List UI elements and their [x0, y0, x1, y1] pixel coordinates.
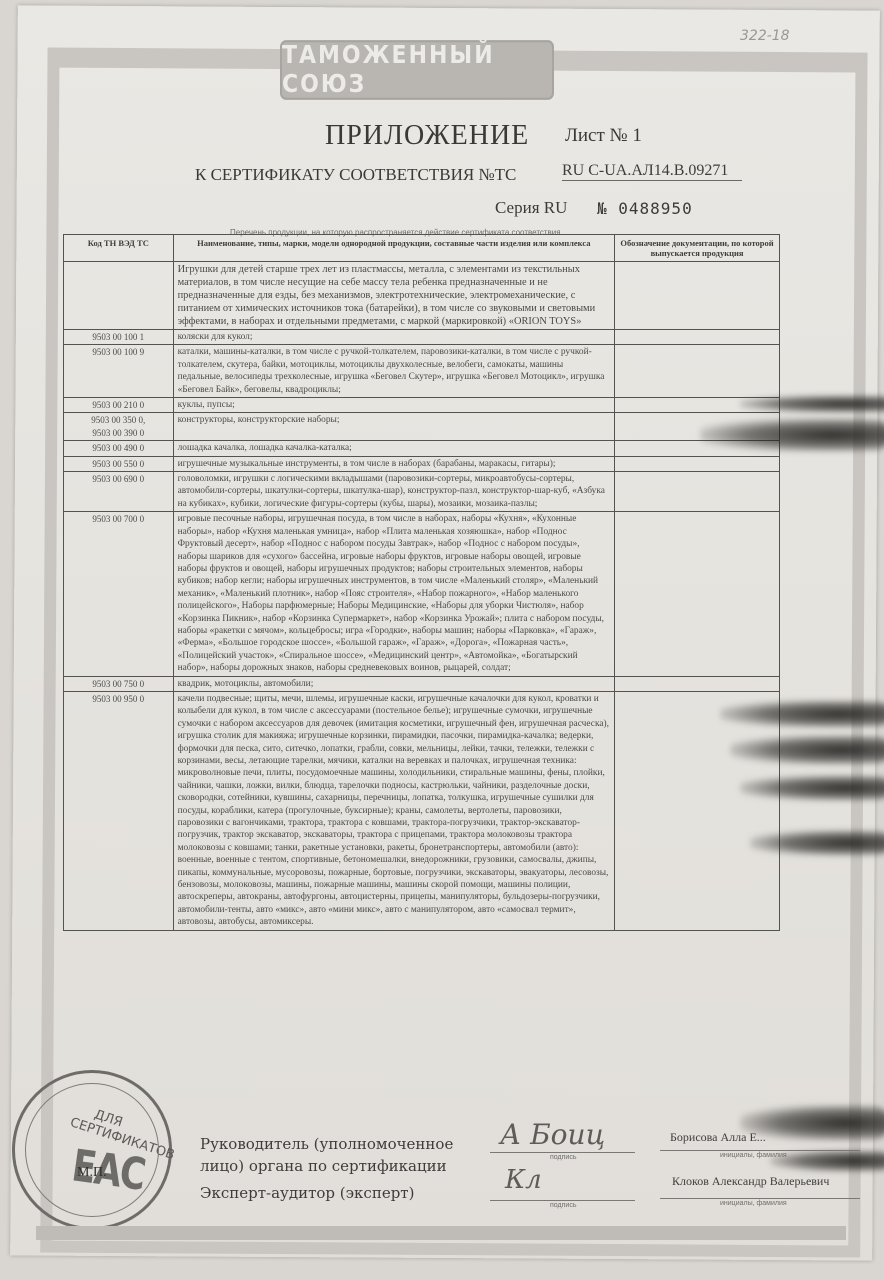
description-cell: качели подвесные; щиты, мечи, шлемы, игр…: [173, 691, 614, 930]
table-row: 9503 00 350 0, 9503 00 390 0конструкторы…: [64, 413, 780, 441]
table-row: 9503 00 210 0куклы, пупсы;: [64, 398, 780, 413]
code-cell: 9503 00 700 0: [64, 512, 174, 676]
description-cell: игровые песочные наборы, игрушечная посу…: [173, 512, 614, 676]
page-subtitle: К СЕРТИФИКАТУ СООТВЕТСТВИЯ №ТС: [195, 165, 516, 185]
description-cell: каталки, машины-каталки, в том числе с р…: [173, 345, 614, 398]
stamp-text: ДЛЯ СЕРТИФИКАТОВ: [68, 1101, 144, 1151]
scan-smudge: [750, 830, 884, 856]
scan-smudge: [770, 1150, 884, 1172]
name-line: [660, 1198, 860, 1199]
footer-strip: [36, 1226, 846, 1240]
description-cell: коляски для кукол;: [173, 330, 614, 345]
document-cell: [615, 676, 780, 691]
header-code: Код ТН ВЭД ТС: [64, 235, 174, 262]
certificate-number: RU C-UA.АЛ14.В.09271: [562, 162, 742, 181]
description-cell: лошадка качалка, лошадка качалка-каталка…: [173, 441, 614, 456]
code-cell: 9503 00 210 0: [64, 398, 174, 413]
header-description: Наименование, типы, марки, модели одноро…: [173, 235, 614, 262]
description-cell: конструкторы, конструкторские наборы;: [173, 413, 614, 441]
head-name: Борисова Алла Е...: [670, 1130, 766, 1145]
code-cell: 9503 00 490 0: [64, 441, 174, 456]
document-cell: [615, 456, 780, 471]
code-cell: 9503 00 550 0: [64, 456, 174, 471]
series-label: Серия RU: [495, 198, 567, 218]
intro-cell: Игрушки для детей старше трех лет из пла…: [173, 262, 614, 330]
code-cell: 9503 00 100 1: [64, 330, 174, 345]
customs-union-banner: ТАМОЖЕННЫЙ СОЮЗ: [280, 40, 554, 100]
table-header-row: Код ТН ВЭД ТС Наименование, типы, марки,…: [64, 235, 780, 262]
certification-stamp: ДЛЯ СЕРТИФИКАТОВ ЕАС М.П.: [12, 1070, 172, 1230]
scan-smudge: [730, 735, 884, 765]
scan-smudge: [740, 775, 884, 801]
expert-name: Клоков Александр Валерьевич: [672, 1174, 829, 1189]
document-cell: [615, 330, 780, 345]
document-cell: [615, 512, 780, 676]
head-label: Руководитель (уполномоченное лицо) орган…: [200, 1133, 470, 1177]
signature-caption: подпись: [550, 1202, 576, 1209]
scan-smudge: [740, 395, 884, 413]
code-cell: 9503 00 100 9: [64, 345, 174, 398]
code-cell: 9503 00 690 0: [64, 472, 174, 512]
code-cell: 9503 00 950 0: [64, 691, 174, 930]
head-signature: А Боиц: [500, 1118, 605, 1151]
code-cell: [64, 262, 174, 330]
name-caption: инициалы, фамилия: [720, 1152, 787, 1159]
table-row: 9503 00 690 0головоломки, игрушки с логи…: [64, 472, 780, 512]
table-row: 9503 00 550 0игрушечные музыкальные инст…: [64, 456, 780, 471]
scan-smudge: [700, 418, 884, 452]
description-cell: игрушечные музыкальные инструменты, в то…: [173, 456, 614, 471]
code-cell: 9503 00 750 0: [64, 676, 174, 691]
series-number: № 0488950: [597, 199, 693, 218]
sheet-number: Лист № 1: [565, 125, 642, 147]
signature-line: [490, 1200, 635, 1201]
name-caption: инициалы, фамилия: [720, 1200, 787, 1207]
document-cell: [615, 472, 780, 512]
table-row-intro: Игрушки для детей старше трех лет из пла…: [64, 262, 780, 330]
description-cell: куклы, пупсы;: [173, 398, 614, 413]
table-row: 9503 00 100 1коляски для кукол;: [64, 330, 780, 345]
expert-label: Эксперт-аудитор (эксперт): [200, 1184, 414, 1202]
expert-signature: Кл: [505, 1165, 542, 1195]
header-document: Обозначение документации, по которой вып…: [615, 235, 780, 262]
name-line: [660, 1150, 860, 1151]
table-row: 9503 00 700 0игровые песочные наборы, иг…: [64, 512, 780, 676]
eac-logo: ЕАС: [69, 1140, 148, 1201]
handwritten-note: 322-18: [740, 28, 790, 44]
signature-caption: подпись: [550, 1154, 576, 1161]
document-cell: [615, 345, 780, 398]
stamp-mp: М.П.: [77, 1165, 107, 1181]
signature-line: [490, 1152, 635, 1153]
description-cell: головоломки, игрушки с логическими вклад…: [173, 472, 614, 512]
description-cell: квадрик, мотоциклы, автомобили;: [173, 676, 614, 691]
scan-smudge: [720, 700, 884, 728]
code-cell: 9503 00 350 0, 9503 00 390 0: [64, 413, 174, 441]
table-row: 9503 00 100 9каталки, машины-каталки, в …: [64, 345, 780, 398]
document-cell: [615, 262, 780, 330]
table-row: 9503 00 950 0качели подвесные; щиты, меч…: [64, 691, 780, 930]
table-row: 9503 00 490 0лошадка качалка, лошадка ка…: [64, 441, 780, 456]
products-table: Код ТН ВЭД ТС Наименование, типы, марки,…: [63, 234, 780, 931]
table-row: 9503 00 750 0квадрик, мотоциклы, автомоб…: [64, 676, 780, 691]
page-title: ПРИЛОЖЕНИЕ: [325, 120, 529, 152]
